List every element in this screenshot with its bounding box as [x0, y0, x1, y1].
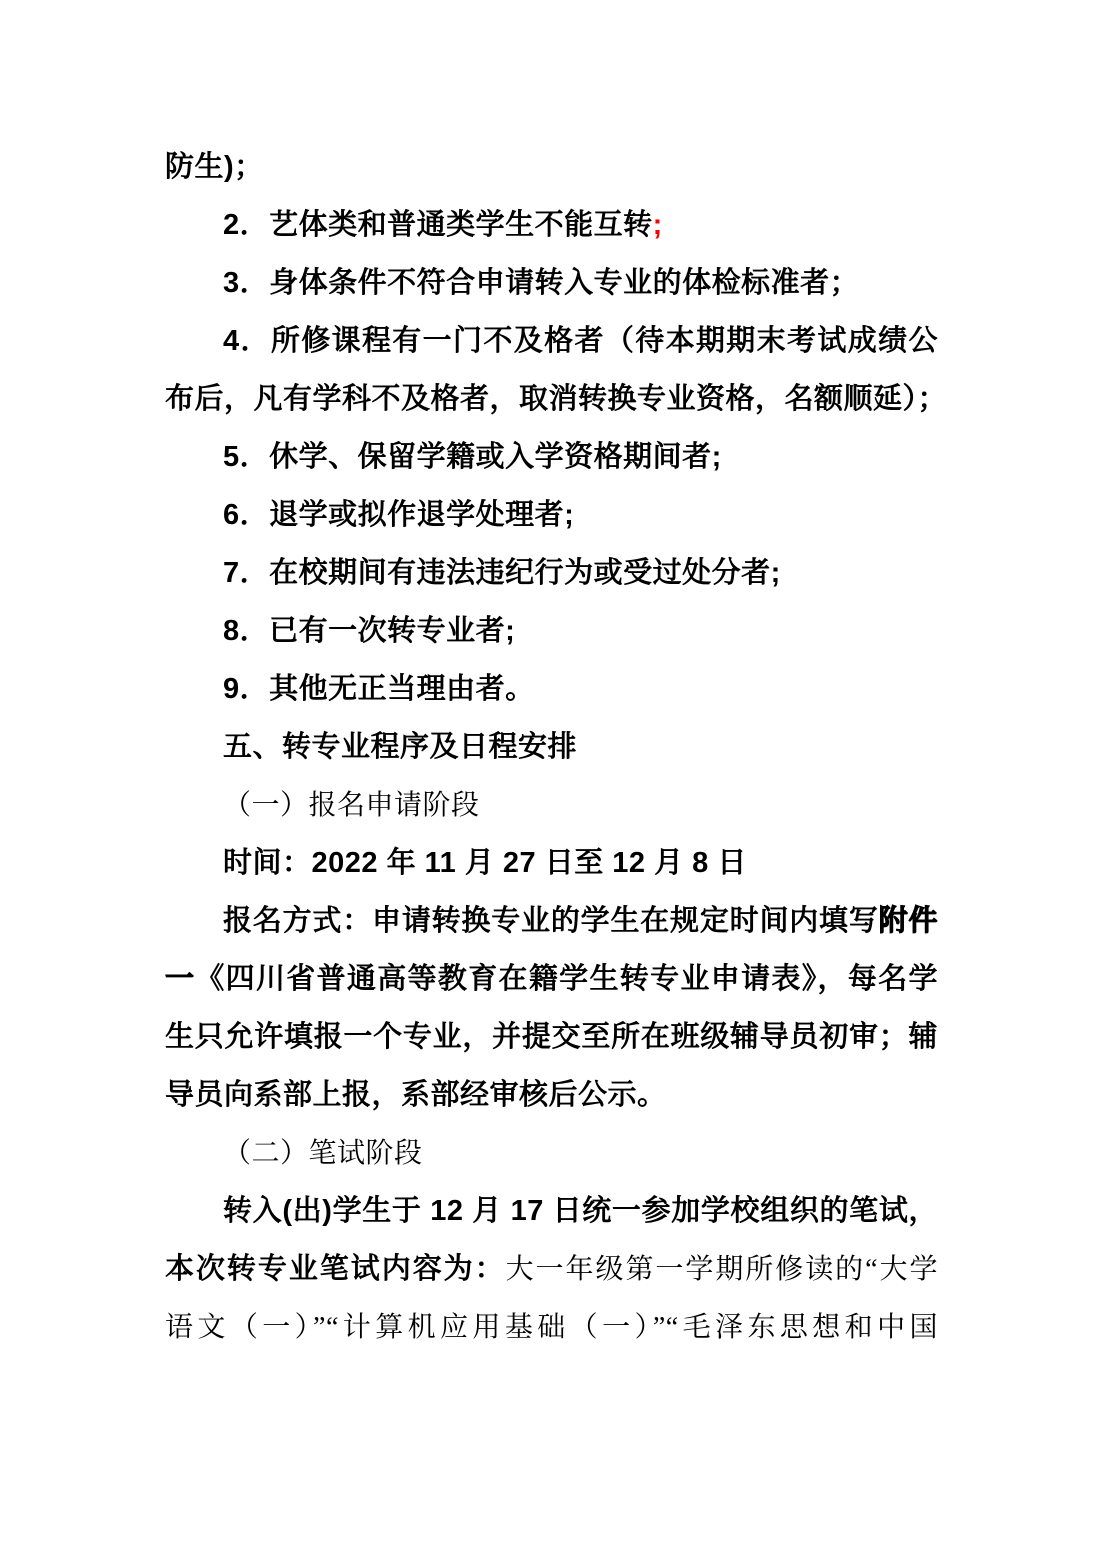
attachment-ref-bold: 附件	[879, 905, 938, 937]
text-segment: 7．在校期间有违法违纪行为或受过处分者;	[223, 557, 781, 589]
subsection-heading-1: （一）报名申请阶段	[165, 776, 938, 834]
text-segment: 5．休学、保留学籍或入学资格期间者;	[223, 441, 722, 473]
registration-method-line-3: 生只允许填报一个专业，并提交至所在班级辅导员初审；辅	[165, 1008, 938, 1066]
section-heading-5: 五、转专业程序及日程安排	[165, 718, 938, 776]
numbered-item-5: 5．休学、保留学籍或入学资格期间者;	[165, 428, 938, 486]
registration-method-line-4: 导员向系部上报，系部经审核后公示。	[165, 1066, 938, 1124]
written-test-line-3: 语文（一）”“计算机应用基础（一）”“毛泽东思想和中国	[165, 1298, 938, 1356]
registration-method-line-2: 一《四川省普通高等教育在籍学生转专业申请表》，每名学	[165, 950, 938, 1008]
text-segment: 3．身体条件不符合申请转入专业的体检标准者；	[223, 267, 859, 299]
time-line: 时间：2022 年 11 月 27 日至 12 月 8 日	[165, 834, 938, 892]
registration-method-line-1: 报名方式：申请转换专业的学生在规定时间内填写附件	[165, 892, 938, 950]
document-page: 防生)； 2．艺体类和普通类学生不能互转; 3．身体条件不符合申请转入专业的体检…	[0, 0, 1102, 1559]
numbered-item-4-line-2: 布后，凡有学科不及格者，取消转换专业资格，名额顺延）；	[165, 370, 938, 428]
attachment-ref-bold: 一	[165, 963, 195, 995]
text-segment: 防生)；	[165, 151, 264, 183]
numbered-item-7: 7．在校期间有违法违纪行为或受过处分者;	[165, 544, 938, 602]
test-content-kai-text: 大一年级第一学期所修读的“大学	[506, 1254, 938, 1285]
numbered-item-8: 8．已有一次转专业者;	[165, 602, 938, 660]
subsection-heading-text: （二）笔试阶段	[223, 1138, 423, 1169]
section-heading-text: 五、转专业程序及日程安排	[223, 731, 577, 763]
document-content: 防生)； 2．艺体类和普通类学生不能互转; 3．身体条件不符合申请转入专业的体检…	[165, 138, 938, 1356]
text-segment: 2．艺体类和普通类学生不能互转	[223, 209, 653, 241]
text-segment: 本次转专业笔试内容为：	[165, 1253, 506, 1285]
subsection-heading-2: （二）笔试阶段	[165, 1124, 938, 1182]
test-content-kai-text: 语文（一）”“计算机应用基础（一）”“毛泽东思想和中国	[165, 1312, 938, 1343]
text-segment: 转入(出)学生于 12 月 17 日统一参加学校组织的笔试，	[223, 1195, 938, 1227]
numbered-item-9: 9．其他无正当理由者。	[165, 660, 938, 718]
red-semicolon: ;	[653, 209, 663, 241]
text-segment: 导员向系部上报，系部经审核后公示。	[165, 1079, 667, 1111]
text-segment: 布后，凡有学科不及格者，取消转换专业资格，名额顺延）；	[165, 383, 947, 415]
numbered-item-3: 3．身体条件不符合申请转入专业的体检标准者；	[165, 254, 938, 312]
text-segment: 4．所修课程有一门不及格者（待本期期末考试成绩公	[223, 325, 938, 357]
text-segment: 9．其他无正当理由者。	[223, 673, 535, 705]
written-test-line-2: 本次转专业笔试内容为：大一年级第一学期所修读的“大学	[165, 1240, 938, 1298]
text-segment: 生只允许填报一个专业，并提交至所在班级辅导员初审；辅	[165, 1021, 938, 1053]
numbered-item-6: 6．退学或拟作退学处理者;	[165, 486, 938, 544]
text-segment: 时间：2022 年 11 月 27 日至 12 月 8 日	[223, 847, 747, 879]
continuation-line-from-previous-page: 防生)；	[165, 138, 938, 196]
text-segment: 《四川省普通高等教育在籍学生转专业申请表》，每名学	[195, 963, 938, 995]
numbered-item-2: 2．艺体类和普通类学生不能互转;	[165, 196, 938, 254]
written-test-line-1: 转入(出)学生于 12 月 17 日统一参加学校组织的笔试，	[165, 1182, 938, 1240]
text-segment: 报名方式：申请转换专业的学生在规定时间内填写	[223, 905, 879, 937]
text-segment: 6．退学或拟作退学处理者;	[223, 499, 574, 531]
subsection-heading-text: （一）报名申请阶段	[223, 790, 480, 821]
text-segment: 8．已有一次转专业者;	[223, 615, 515, 647]
numbered-item-4-line-1: 4．所修课程有一门不及格者（待本期期末考试成绩公	[165, 312, 938, 370]
